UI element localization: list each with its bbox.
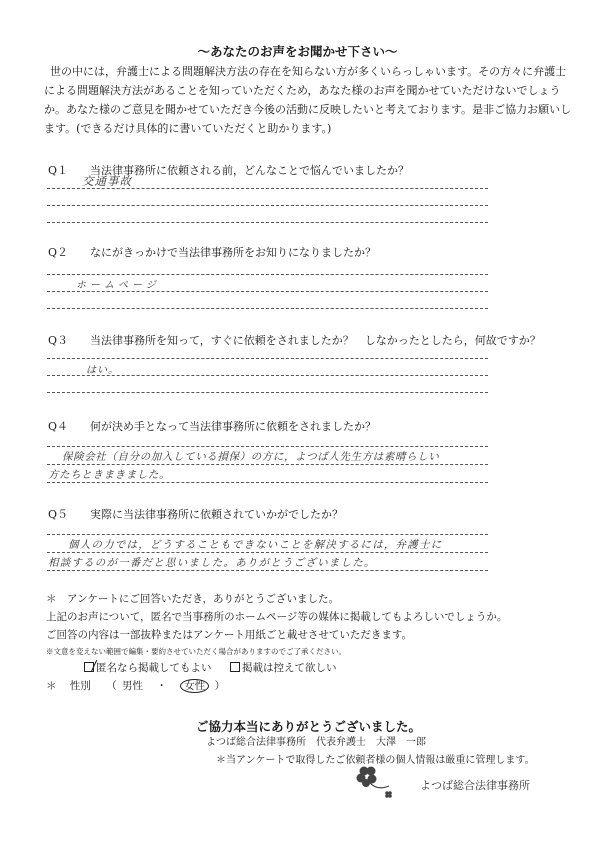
answer-line	[47, 308, 488, 309]
answer-line	[47, 464, 488, 465]
gender-label: 性別	[70, 680, 91, 692]
answer-line	[47, 482, 488, 483]
checkbox-checked[interactable]	[84, 662, 94, 672]
four-leaf-clover-icon	[355, 765, 405, 799]
answer-line	[47, 274, 488, 275]
question-4-label: Q４	[48, 418, 68, 434]
consent-question: 上記のお声について，匿名で当事務所のホームページ等の媒体に掲載してもよろしいでし…	[46, 609, 507, 624]
answer-line	[47, 222, 488, 223]
gender-row: ＊ 性別 （ 男性 ・ 女性 ）	[46, 678, 225, 693]
question-2-answer-line-2: ホームページ	[76, 276, 160, 291]
answer-line	[47, 552, 488, 553]
consent-content-note: ご回答の内容は一部抜粋またはアンケート用紙ごと載せさせていただきます。	[46, 627, 412, 642]
footer-privacy-note: ＊当アンケートで取得したご依頼者様の個人情報は厳重に管理します。	[216, 751, 535, 766]
intro-line-4: ます。(できるだけ具体的に書いていただくと助かります。)	[44, 119, 554, 138]
answer-line	[47, 570, 488, 571]
intro-line-3: か。あなた様のご意見を聞かせていただき今後の活動に反映したいと考えております。是…	[44, 100, 554, 119]
gender-separator: ・	[156, 680, 167, 692]
intro-line-2: による問題解決方法があることを知っていただくため，あなた様のお声を聞かせていただ…	[44, 81, 554, 100]
footer-signature: よつば総合法律事務所 代表弁護士 大澤 一郎	[206, 733, 426, 748]
page-title: ～あなたのお声をお聞かせ下さい～	[0, 42, 595, 60]
question-2-label: Q２	[48, 244, 68, 260]
question-1-label: Q１	[48, 162, 68, 178]
consent-option-anonymous[interactable]: 匿名なら掲載してもよい	[84, 660, 212, 675]
question-5-text: 実際に当法律事務所に依頼されていかがでしたか？	[90, 506, 343, 522]
answer-line	[47, 358, 488, 359]
consent-thanks: ＊ アンケートにご回答いただき，ありがとうございました。	[46, 591, 339, 606]
consent-option-decline[interactable]: 掲載は控えて欲しい	[230, 660, 337, 675]
footer-firm-name: よつば総合法律事務所	[420, 777, 530, 793]
question-3-text: 当法律事務所を知って，すぐに依頼をされましたか？ しなかったとしたら，何故ですか…	[90, 332, 541, 348]
question-3-answer-line-2: はい。	[86, 361, 119, 376]
checkbox-unchecked[interactable]	[230, 662, 240, 672]
gender-option-male[interactable]: 男性	[122, 680, 143, 692]
question-4-answer-line-2: 方たちときまきました。	[48, 467, 170, 482]
answer-line	[47, 291, 488, 292]
answer-line	[47, 446, 488, 447]
gender-close-paren: ）	[215, 680, 226, 692]
question-2-text: なにがきっかけで当法律事務所をお知りになりましたか？	[90, 244, 376, 260]
question-4-text: 何が決め手となって当法律事務所に依頼をされましたか？	[90, 418, 376, 434]
consent-fine-print: ※文意を変えない範囲で編集・要約させていただく場合がありますのでご了承ください。	[46, 646, 346, 657]
question-5-answer-line-1: 個人の力では，どうすることもできないことを解決するには，弁護士に	[68, 537, 442, 552]
question-1-answer-line-1: 交通事故	[82, 173, 132, 189]
consent-option-decline-label: 掲載は控えて欲しい	[242, 662, 337, 674]
intro-line-1: 世の中には，弁護士による問題解決方法の存在を知らない方が多くいらっしゃいます。そ…	[50, 62, 560, 81]
answer-line	[47, 392, 488, 393]
question-1-text: 当法律事務所に依頼される前，どんなことで悩んでいましたか？	[90, 162, 409, 178]
gender-open-paren: （	[106, 680, 117, 692]
question-5-answer-line-2: 相談するのが一番だと思いました。ありがとうございました。	[48, 555, 376, 570]
question-5-label: Q５	[48, 506, 68, 522]
answer-line	[47, 534, 488, 535]
question-4-answer-line-1: 保険会社（自分の加入している損保）の方に，よつば人先生方は素晴らしい	[62, 449, 439, 464]
question-3-label: Q３	[48, 332, 68, 348]
answer-line	[47, 205, 488, 206]
gender-option-female-selected[interactable]: 女性	[180, 679, 209, 693]
gender-prefix: ＊	[46, 680, 57, 692]
consent-option-anonymous-label: 匿名なら掲載してもよい	[96, 662, 212, 674]
